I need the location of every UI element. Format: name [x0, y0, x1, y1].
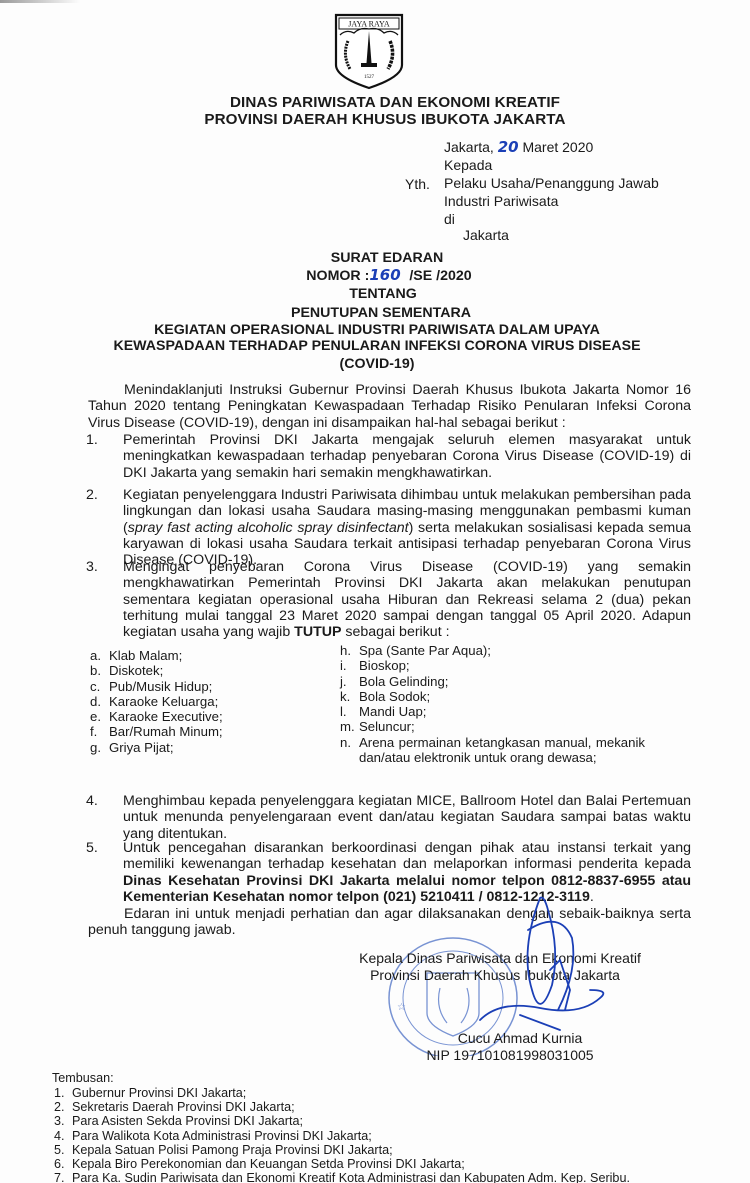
list-item: n.Arena permainan ketangkasan manual, me…: [340, 735, 645, 766]
yth-label: Yth.: [405, 176, 430, 192]
di-label: di: [444, 210, 455, 228]
point-3: Mengingat penyebaran Corona Virus Diseas…: [123, 559, 691, 640]
list-marker: f.: [90, 724, 109, 739]
handwritten-number: 160: [369, 266, 409, 284]
svg-text:1527: 1527: [364, 75, 375, 80]
list-text: Para Ka. Sudin Pariwisata dan Ekonomi Kr…: [72, 1171, 630, 1183]
list-item: d.Karaoke Keluarga;: [90, 694, 320, 709]
handwritten-signature-icon: [460, 890, 630, 1040]
list-text: Seluncur;: [359, 719, 645, 734]
point-number: 2.: [86, 487, 98, 503]
jakarta-emblem-icon: JAYA RAYA 1527: [334, 13, 404, 90]
list-item: e.Karaoke Executive;: [90, 709, 320, 724]
list-item: j.Bola Gelinding;: [340, 674, 645, 689]
list-text: Para Walikota Kota Administrasi Provinsi…: [72, 1129, 372, 1143]
list-item: m.Seluncur;: [340, 719, 645, 734]
list-marker: 1.: [54, 1086, 72, 1100]
subject-line1: PENUTUPAN SEMENTARA: [6, 305, 750, 321]
list-text: Bioskop;: [359, 658, 645, 673]
list-marker: g.: [90, 740, 109, 755]
svg-text:☆: ☆: [397, 1002, 406, 1013]
intro-paragraph: Menindaklanjuti Instruksi Gubernur Provi…: [88, 382, 691, 431]
list-marker: l.: [340, 704, 359, 719]
list-marker: 5.: [54, 1143, 72, 1157]
list-item: g.Griya Pijat;: [90, 740, 320, 755]
list-marker: c.: [90, 679, 109, 694]
tembusan-label: Tembusan:: [52, 1071, 114, 1085]
point-2: Kegiatan penyelenggara Industri Pariwisa…: [123, 487, 691, 568]
subject-line2: KEGIATAN OPERASIONAL INDUSTRI PARIWISATA…: [2, 322, 750, 338]
list-text: Para Asisten Sekda Provinsi DKI Jakarta;: [72, 1114, 303, 1128]
list-text: Griya Pijat;: [109, 740, 320, 755]
list-marker: j.: [340, 674, 359, 689]
point-number: 5.: [86, 840, 98, 856]
point-1: Pemerintah Provinsi DKI Jakarta mengajak…: [123, 432, 691, 481]
letter-number: NOMOR :160/SE /2020: [14, 266, 750, 284]
tentang-label: TENTANG: [8, 286, 750, 302]
list-marker: d.: [90, 694, 109, 709]
list-item: b.Diskotek;: [90, 663, 320, 678]
list-marker: a.: [90, 648, 109, 663]
list-text: Karaoke Executive;: [109, 709, 320, 724]
list-text: Mandi Uap;: [359, 704, 645, 719]
agency-province: PROVINSI DAERAH KHUSUS IBUKOTA JAKARTA: [10, 111, 750, 128]
list-marker: e.: [90, 709, 109, 724]
list-item: a.Klab Malam;: [90, 648, 320, 663]
list-text: Pub/Musik Hidup;: [109, 679, 320, 694]
list-marker: 4.: [54, 1129, 72, 1143]
list-text: Bola Gelinding;: [359, 674, 645, 689]
tembusan-item: 1.Gubernur Provinsi DKI Jakarta;: [54, 1086, 630, 1100]
tembusan-item: 7.Para Ka. Sudin Pariwisata dan Ekonomi …: [54, 1171, 630, 1183]
list-marker: 7.: [54, 1171, 72, 1183]
tembusan-item: 4.Para Walikota Kota Administrasi Provin…: [54, 1129, 630, 1143]
point-number: 3.: [86, 559, 98, 575]
handwritten-day: 20: [498, 138, 519, 156]
recipient-line1: Pelaku Usaha/Penanggung Jawab: [444, 174, 659, 192]
point-4: Menghimbau kepada penyelenggara kegiatan…: [123, 793, 691, 842]
svg-text:JAYA RAYA: JAYA RAYA: [348, 20, 390, 29]
list-text: Bar/Rumah Minum;: [109, 724, 320, 739]
point-number: 1.: [86, 432, 98, 448]
list-marker: b.: [90, 663, 109, 678]
list-text: Diskotek;: [109, 663, 320, 678]
scan-edge-shadow: [0, 0, 80, 3]
list-text: Gubernur Provinsi DKI Jakarta;: [72, 1086, 246, 1100]
subject-line4: (COVID-19): [2, 356, 750, 372]
list-text: Sekretaris Daerah Provinsi DKI Jakarta;: [72, 1100, 295, 1114]
list-item: l.Mandi Uap;: [340, 704, 645, 719]
letter-type: SURAT EDARAN: [12, 250, 750, 266]
list-text: Karaoke Keluarga;: [109, 694, 320, 709]
recipient-place: Jakarta: [463, 226, 509, 244]
list-item: c.Pub/Musik Hidup;: [90, 679, 320, 694]
closed-businesses-list-right: h.Spa (Sante Par Aqua);i.Bioskop;j.Bola …: [340, 643, 645, 765]
subject-line3: KEWASPADAAN TERHADAP PENULARAN INFEKSI C…: [2, 338, 750, 354]
signatory-nip: NIP 197101081998031005: [400, 1047, 620, 1063]
list-text: Klab Malam;: [109, 648, 320, 663]
list-marker: 6.: [54, 1157, 72, 1171]
recipient-line2: Industri Pariwisata: [444, 192, 558, 210]
kepada-label: Kepada: [444, 156, 492, 174]
tembusan-list: 1.Gubernur Provinsi DKI Jakarta;2.Sekret…: [54, 1086, 630, 1183]
list-marker: m.: [340, 719, 359, 734]
list-text: Arena permainan ketangkasan manual, meka…: [359, 735, 645, 766]
list-item: i.Bioskop;: [340, 658, 645, 673]
list-text: Kepala Satuan Polisi Pamong Praja Provin…: [72, 1143, 393, 1157]
list-text: Kepala Biro Perekonomian dan Keuangan Se…: [72, 1157, 465, 1171]
document-page: JAYA RAYA 1527 DINAS PARIWISATA DAN EKON…: [0, 0, 750, 1183]
list-marker: 3.: [54, 1114, 72, 1128]
list-marker: 2.: [54, 1100, 72, 1114]
list-marker: n.: [340, 735, 359, 766]
list-text: Spa (Sante Par Aqua);: [359, 643, 645, 658]
list-item: h.Spa (Sante Par Aqua);: [340, 643, 645, 658]
tembusan-item: 6.Kepala Biro Perekonomian dan Keuangan …: [54, 1157, 630, 1171]
list-item: f.Bar/Rumah Minum;: [90, 724, 320, 739]
list-marker: i.: [340, 658, 359, 673]
letter-date: Jakarta, 20 Maret 2020: [444, 138, 593, 156]
tembusan-item: 3.Para Asisten Sekda Provinsi DKI Jakart…: [54, 1114, 630, 1128]
point-number: 4.: [86, 793, 98, 809]
agency-name: DINAS PARIWISATA DAN EKONOMI KREATIF: [20, 94, 750, 111]
list-item: k.Bola Sodok;: [340, 689, 645, 704]
list-text: Bola Sodok;: [359, 689, 645, 704]
list-marker: h.: [340, 643, 359, 658]
tembusan-item: 2.Sekretaris Daerah Provinsi DKI Jakarta…: [54, 1100, 630, 1114]
tembusan-item: 5.Kepala Satuan Polisi Pamong Praja Prov…: [54, 1143, 630, 1157]
closed-businesses-list-left: a.Klab Malam;b.Diskotek;c.Pub/Musik Hidu…: [90, 648, 320, 755]
list-marker: k.: [340, 689, 359, 704]
